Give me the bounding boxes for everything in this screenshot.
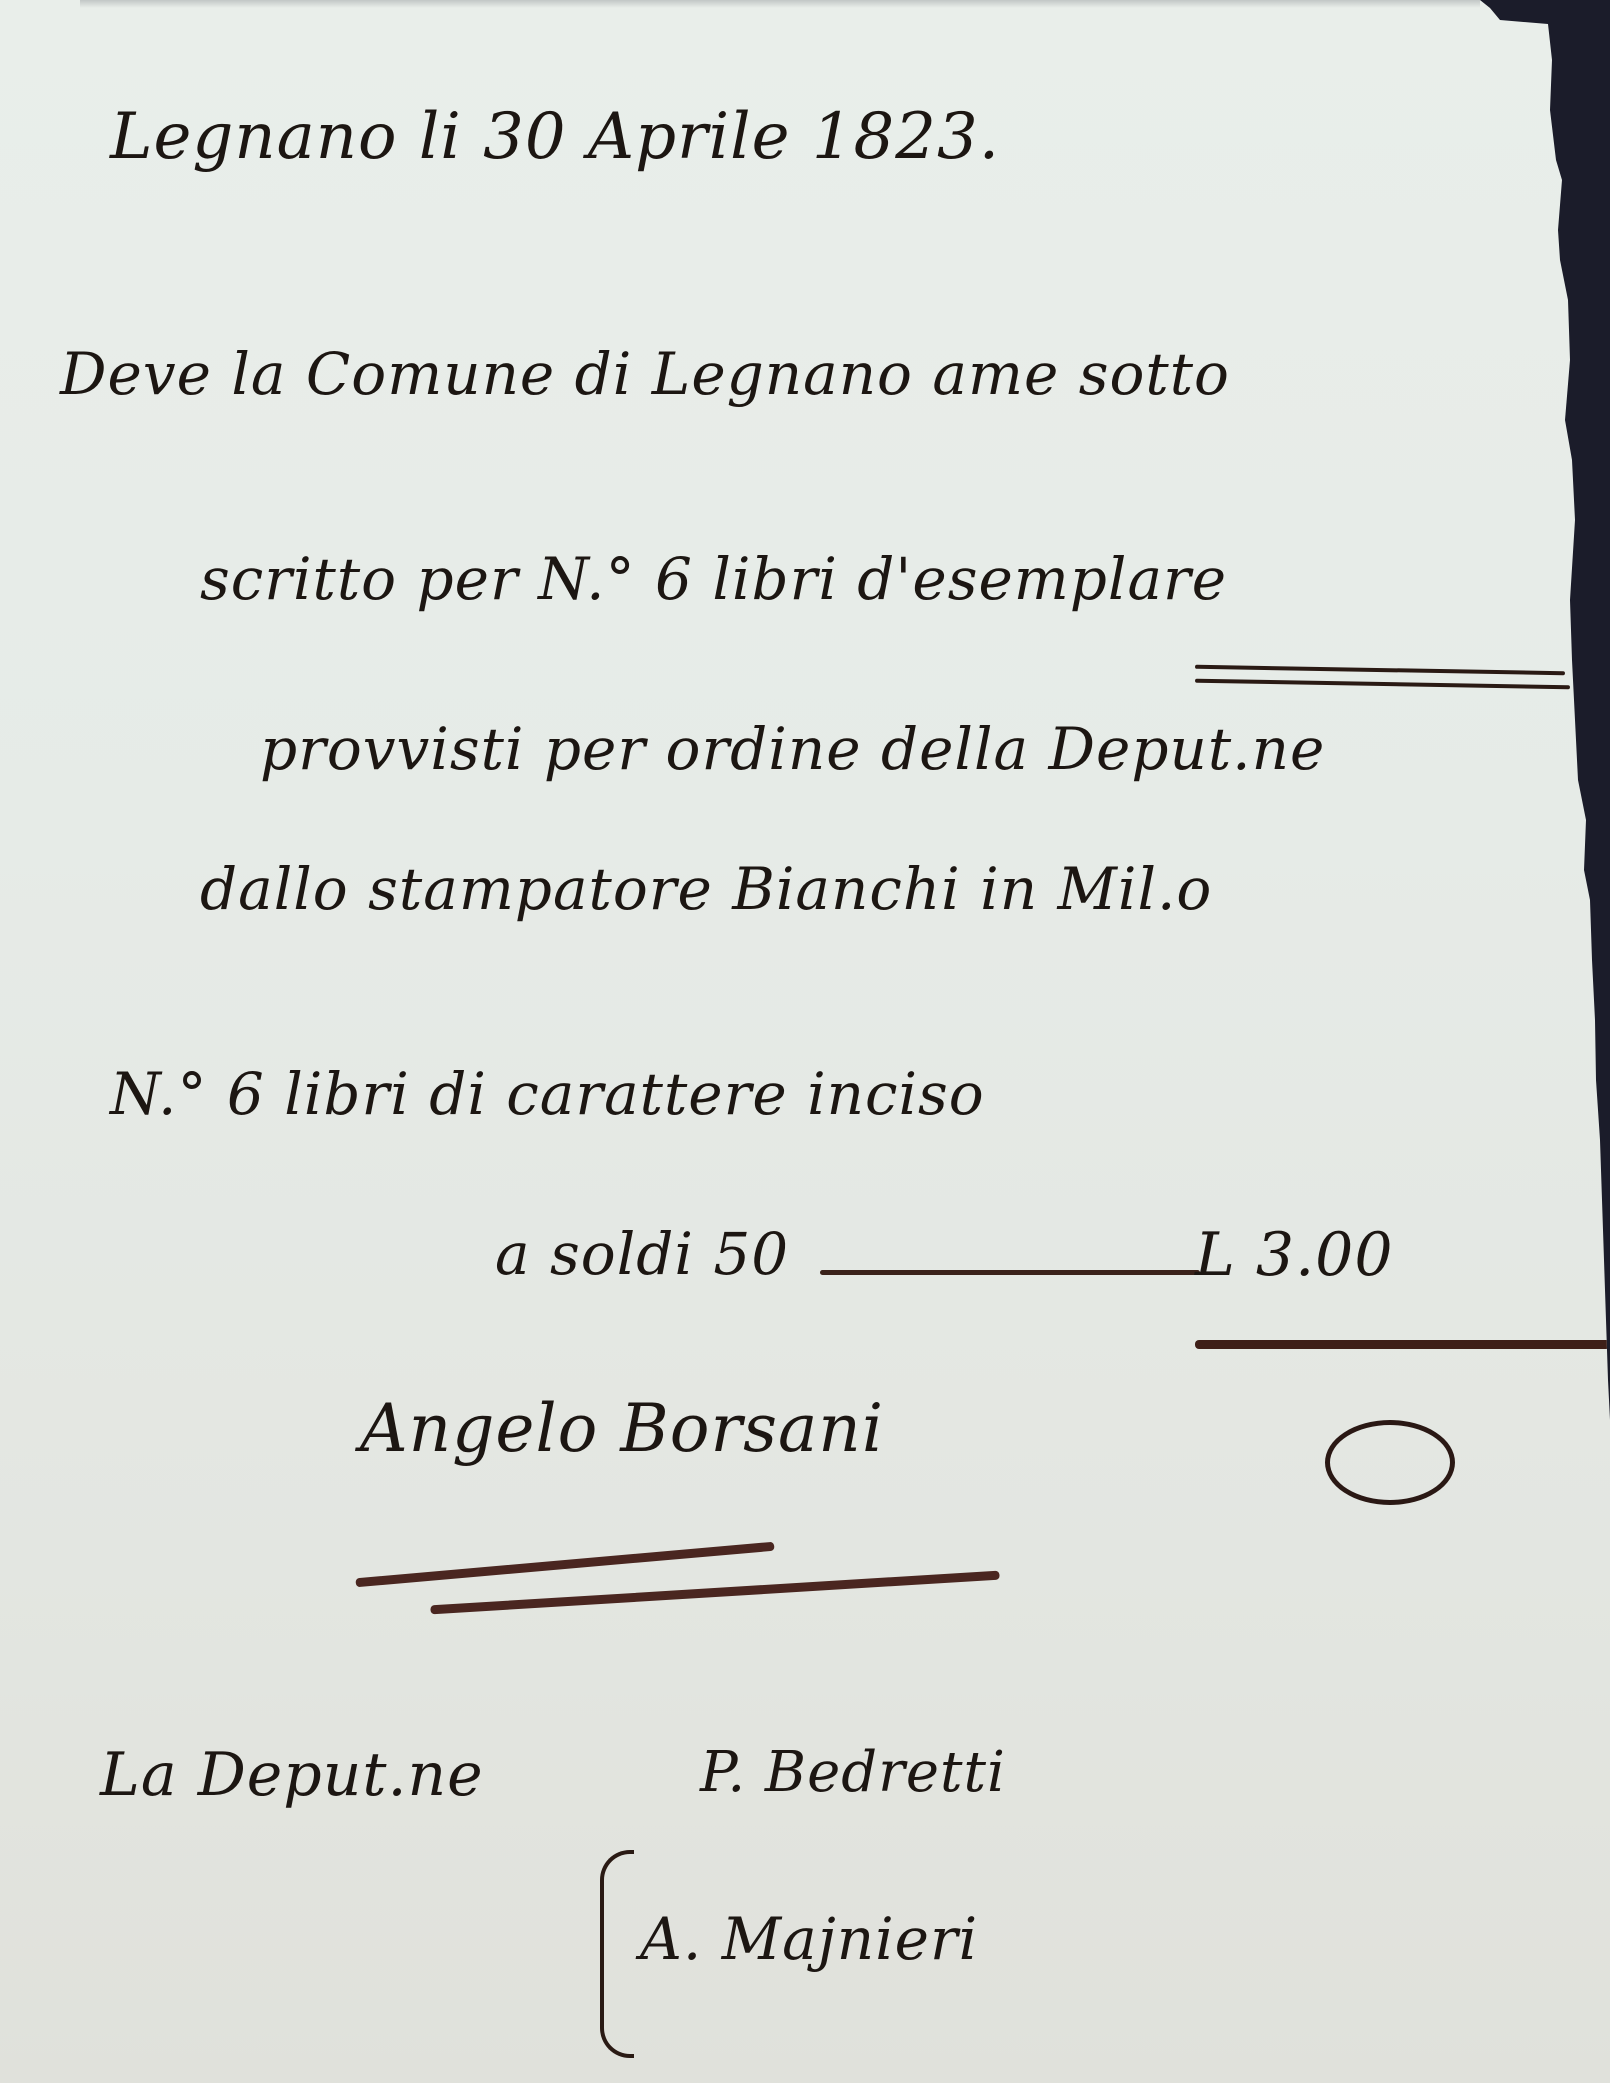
price-leader-line [820, 1270, 1200, 1275]
place-date-heading: Legnano li 30 Aprile 1823. [110, 100, 1000, 174]
signature-underline-2 [430, 1571, 999, 1615]
signature-name: Angelo Borsani [360, 1390, 884, 1467]
body-line-1: Deve la Comune di Legnano ame sotto [60, 340, 1230, 408]
paper-top-edge [80, 0, 1480, 8]
signatories-bracket [600, 1850, 634, 2058]
paper-sheet: Legnano li 30 Aprile 1823. Deve la Comun… [0, 0, 1610, 2083]
body-line-2: scritto per N.° 6 libri d'esemplare [200, 545, 1227, 613]
item-description: N.° 6 libri di carattere inciso [110, 1060, 985, 1128]
signatory-1: P. Bedretti [700, 1740, 1006, 1805]
signatory-2: A. Majnieri [640, 1905, 978, 1973]
approval-label: La Deput.ne [100, 1740, 484, 1810]
total-rule [1195, 1340, 1610, 1349]
item-unit-price: a soldi 50 [495, 1220, 789, 1288]
signature-flourish-icon [1325, 1420, 1455, 1505]
underline-double-top [1195, 665, 1565, 675]
underline-double-bottom [1195, 679, 1570, 690]
body-line-3: provvisti per ordine della Deput.ne [260, 715, 1325, 783]
item-amount: L 3.00 [1195, 1220, 1394, 1290]
body-line-4: dallo stampatore Bianchi in Mil.o [200, 855, 1212, 923]
signature-underline-1 [355, 1542, 774, 1588]
